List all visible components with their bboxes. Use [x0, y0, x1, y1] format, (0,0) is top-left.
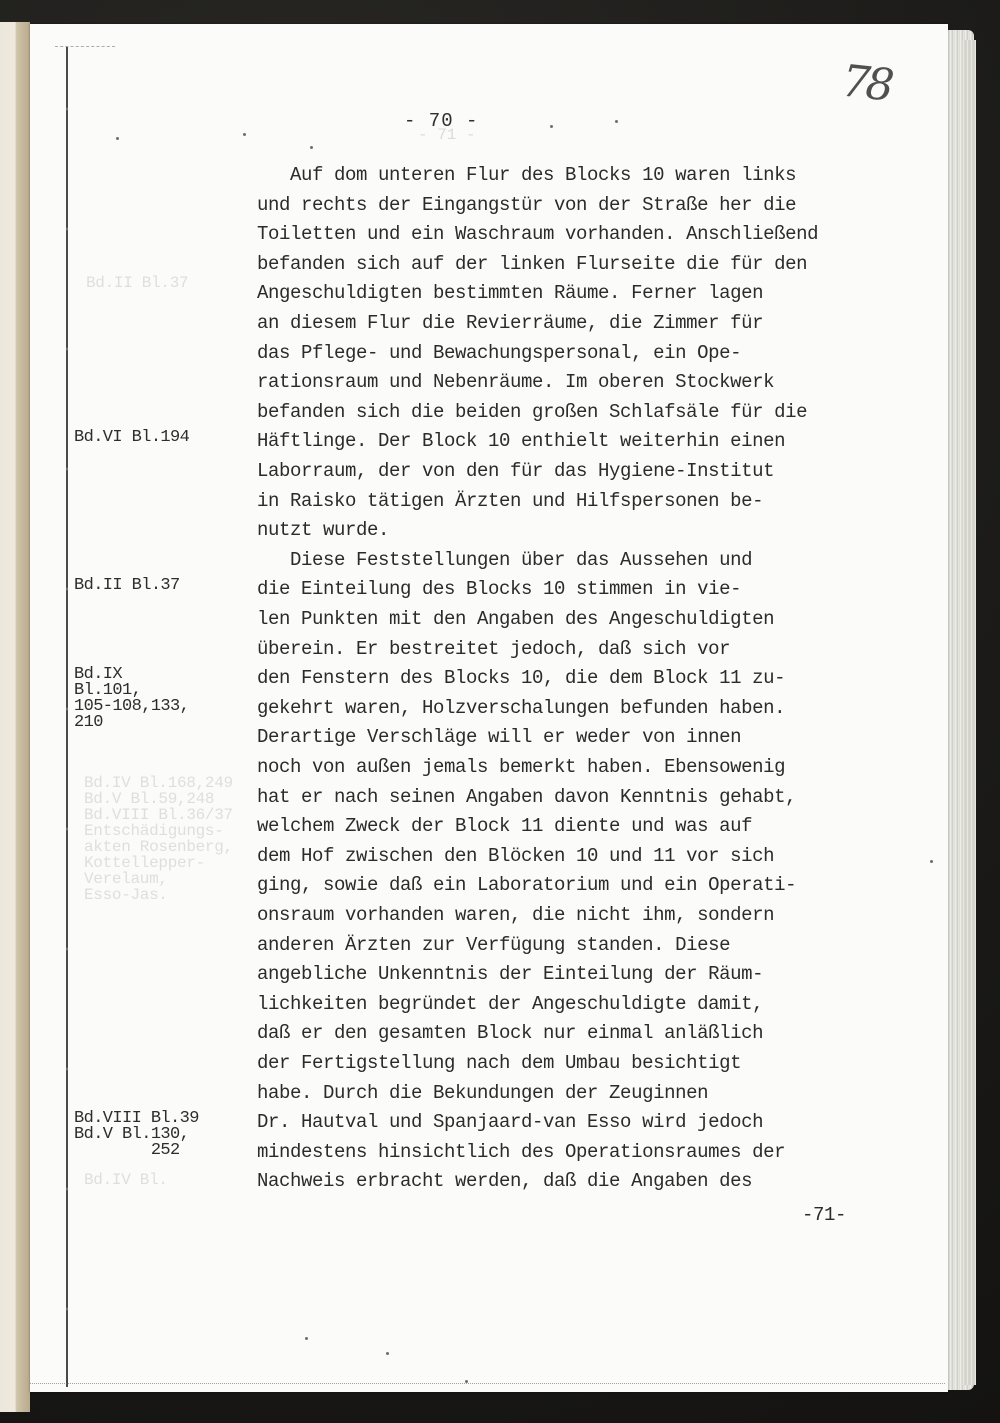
scan-speck — [930, 860, 933, 863]
margin-reference-note: Bd.II Bl.37 — [74, 578, 180, 594]
text-line: onsraum vorhanden waren, die nicht ihm, … — [257, 900, 774, 930]
text-line: Diese Feststellungen über das Aussehen u… — [257, 545, 752, 575]
text-line: überein. Er bestreitet jedoch, daß sich … — [257, 634, 730, 664]
text-line: den Fenstern des Blocks 10, die dem Bloc… — [257, 663, 785, 693]
previous-page-edge — [0, 22, 30, 1412]
text-line: befanden sich die beiden großen Schlafsä… — [257, 397, 807, 427]
text-line: habe. Durch die Bekundungen der Zeuginne… — [257, 1078, 708, 1108]
text-line: len Punkten mit den Angaben des Angeschu… — [257, 604, 774, 634]
margin-reference-note: Bd.IX Bl.101, 105-108,133, 210 — [74, 667, 189, 731]
text-line: ging, sowie daß ein Laboratorium und ein… — [257, 870, 796, 900]
scan-speck — [116, 137, 119, 140]
text-line: mindestens hinsichtlich des Operationsra… — [257, 1137, 785, 1167]
text-line: der Fertigstellung nach dem Umbau besich… — [257, 1048, 741, 1078]
bleed-through-note: Bd.IV Bl. — [84, 1172, 168, 1188]
text-line: welchem Zweck der Block 11 diente und wa… — [257, 811, 752, 841]
page-stack-edges-inner — [962, 40, 976, 1385]
page-number: - 70 - — [404, 110, 478, 132]
text-line: befanden sich auf der linken Flurseite d… — [257, 249, 807, 279]
text-line: rationsraum und Nebenräume. Im oberen St… — [257, 367, 774, 397]
text-line: in Raisko tätigen Ärzten und Hilfsperson… — [257, 486, 763, 516]
margin-reference-note: Bd.VIII Bl.39 Bd.V Bl.130, 252 — [74, 1111, 199, 1159]
text-line: Auf dom unteren Flur des Blocks 10 waren… — [257, 160, 796, 190]
scan-speck — [465, 1380, 468, 1383]
text-line: an diesem Flur die Revierräume, die Zimm… — [257, 308, 763, 338]
scan-speck — [310, 146, 313, 149]
bleed-through-note: Bd.II Bl.37 — [86, 275, 188, 291]
text-line: anderen Ärzten zur Verfügung standen. Di… — [257, 930, 730, 960]
scan-speck — [615, 120, 618, 123]
text-line: nutzt wurde. — [257, 515, 389, 545]
text-line: Dr. Hautval und Spanjaard-van Esso wird … — [257, 1107, 763, 1137]
text-line: gekehrt waren, Holzverschalungen befunde… — [257, 693, 785, 723]
text-line: Häftlinge. Der Block 10 enthielt weiterh… — [257, 426, 785, 456]
scan-speck — [305, 1337, 308, 1340]
next-page-reference: -71- — [802, 1204, 846, 1226]
top-rule — [55, 46, 115, 48]
text-line: Nachweis erbracht werden, daß die Angabe… — [257, 1166, 752, 1196]
text-line: Derartige Verschläge will er weder von i… — [257, 722, 741, 752]
text-line: daß er den gesamten Block nur einmal anl… — [257, 1018, 763, 1048]
scan-speck — [243, 133, 246, 136]
text-line: noch von außen jemals bemerkt haben. Ebe… — [257, 752, 785, 782]
scan-speck — [386, 1352, 389, 1355]
text-line: die Einteilung des Blocks 10 stimmen in … — [257, 574, 741, 604]
text-line: das Pflege- und Bewachungspersonal, ein … — [257, 338, 741, 368]
margin-reference-note: Bd.VI Bl.194 — [74, 430, 189, 446]
handwritten-folio-number: 78 — [839, 56, 892, 112]
margin-rule — [66, 47, 68, 1387]
scan-speck — [550, 125, 553, 128]
text-line: hat er nach seinen Angaben davon Kenntni… — [257, 782, 796, 812]
text-line: und rechts der Eingangstür von der Straß… — [257, 190, 796, 220]
bleed-through-note: Bd.IV Bl.168,249 Bd.V Bl.59,248 Bd.VIII … — [84, 775, 233, 903]
text-line: Laborraum, der von den für das Hygiene-I… — [257, 456, 774, 486]
text-line: Toiletten und ein Waschraum vorhanden. A… — [257, 219, 818, 249]
text-line: angebliche Unkenntnis der Einteilung der… — [257, 959, 763, 989]
text-line: lichkeiten begründet der Angeschuldigte … — [257, 989, 763, 1019]
bottom-rule — [30, 1383, 945, 1385]
text-line: dem Hof zwischen den Blöcken 10 und 11 v… — [257, 841, 774, 871]
text-line: Angeschuldigten bestimmten Räume. Ferner… — [257, 278, 763, 308]
